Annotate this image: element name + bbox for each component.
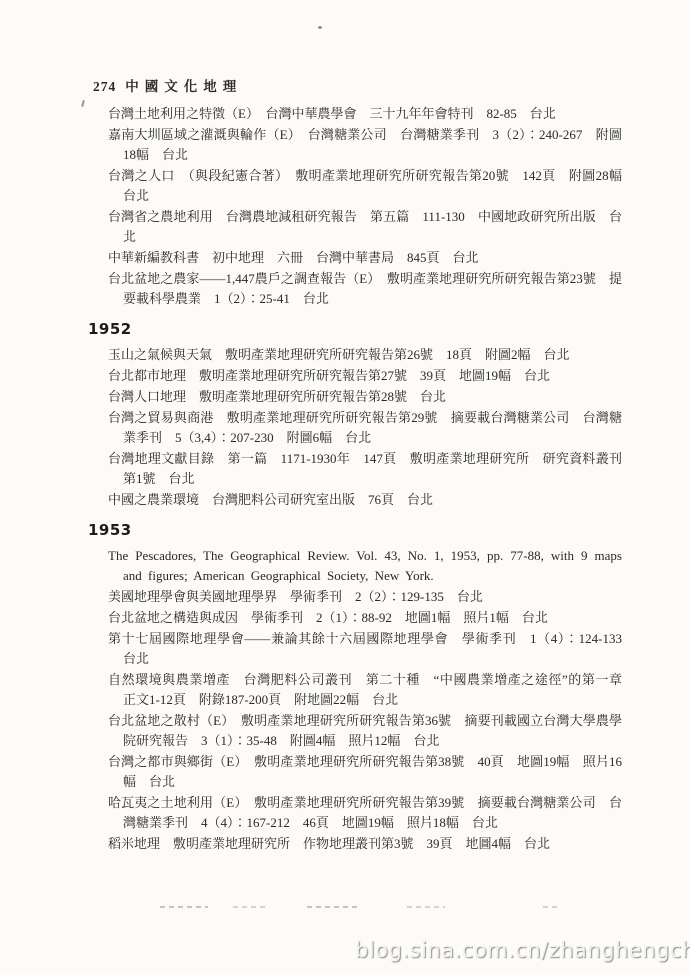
section-entries-continued: 台灣土地利用之特徵（E） 台灣中華農學會 三十九年年會特刊 82-85 台北 嘉…: [108, 104, 622, 309]
bibliography-entry: 台灣人口地理 敷明產業地理研究所研究報告第28號 台北: [108, 387, 622, 407]
scan-artifact: [160, 906, 208, 908]
bibliography-entry: 稻米地理 敷明產業地理研究所 作物地理叢刊第3號 39頁 地圖4幅 台北: [108, 834, 622, 854]
scan-artifact: [233, 906, 267, 908]
bibliography-entry: 台北都市地理 敷明產業地理研究所研究報告第27號 39頁 地圖19幅 台北: [108, 366, 622, 386]
scan-speck: [81, 100, 85, 107]
year-heading-1952: 1952: [88, 321, 622, 337]
scan-artifact: [307, 906, 357, 908]
bibliography-entry: 中華新編教科書 初中地理 六冊 台灣中華書局 845頁 台北: [108, 248, 622, 268]
bibliography-entry: 台北盆地之農家——1,447農戶之調查報告（E） 敷明產業地理研究所研究報告第2…: [108, 269, 622, 309]
scan-speck: [318, 26, 322, 29]
page-number: 274: [93, 79, 116, 94]
bibliography-entry: 嘉南大圳區域之灌溉與輪作（E） 台灣糖業公司 台灣糖業季刊 3（2）：240-2…: [108, 125, 622, 165]
bibliography-entry: 台灣地理文獻目錄 第一篇 1171-1930年 147頁 敷明產業地理研究所 研…: [108, 449, 622, 489]
bibliography-entry: 台北盆地之構造與成因 學術季刊 2（1）：88-92 地圖1幅 照片1幅 台北: [108, 608, 622, 628]
scanned-book-page: 274中國文化地理 台灣土地利用之特徵（E） 台灣中華農學會 三十九年年會特刊 …: [0, 0, 690, 975]
year-heading-1953: 1953: [88, 522, 622, 538]
scan-artifact: [543, 906, 561, 908]
bibliography-entry: 中國之農業環境 台灣肥料公司研究室出版 76頁 台北: [108, 490, 622, 510]
section-1953: 1953 The Pescadores, The Geographical Re…: [108, 522, 622, 854]
bibliography-entry: 美國地理學會與美國地理學界 學術季刊 2（2）：129-135 台北: [108, 587, 622, 607]
bibliography-entry: 玉山之氣候與天氣 敷明產業地理研究所研究報告第26號 18頁 附圖2幅 台北: [108, 345, 622, 365]
bibliography-entry: 第十七屆國際地理學會——兼論其餘十六屆國際地理學會 學術季刊 1（4）：124-…: [108, 629, 622, 669]
bibliography-entry: 台灣之人口 （與段紀憲合著） 敷明產業地理研究所研究報告第20號 142頁 附圖…: [108, 166, 622, 206]
bibliography-entry: 台灣之都市與鄉街（E） 敷明產業地理研究所研究報告第38號 40頁 地圖19幅 …: [108, 752, 622, 792]
watermark-url: blog.sina.com.cn/zhanghengchina: [355, 938, 690, 962]
bibliography-entry: 台灣土地利用之特徵（E） 台灣中華農學會 三十九年年會特刊 82-85 台北: [108, 104, 622, 124]
bibliography-entry: 台灣之貿易與商港 敷明產業地理研究所研究報告第29號 摘要載台灣糖業公司 台灣糖…: [108, 408, 622, 448]
bibliography-content: 台灣土地利用之特徵（E） 台灣中華農學會 三十九年年會特刊 82-85 台北 嘉…: [108, 104, 622, 855]
bibliography-entry: 自然環境與農業增產 台灣肥料公司叢刊 第二十種 “中國農業增產之途徑”的第一章 …: [108, 670, 622, 710]
bibliography-entry: 台北盆地之散村（E） 敷明產業地理研究所研究報告第36號 摘要刊載國立台灣大學農…: [108, 711, 622, 751]
page-header: 274中國文化地理: [93, 75, 242, 95]
section-1952: 1952 玉山之氣候與天氣 敷明產業地理研究所研究報告第26號 18頁 附圖2幅…: [108, 321, 622, 510]
bibliography-entry: 台灣省之農地利用 台灣農地減租研究報告 第五篇 111-130 中國地政研究所出…: [108, 207, 622, 247]
bibliography-entry: The Pescadores, The Geographical Review.…: [108, 546, 622, 586]
scan-artifact: [407, 906, 445, 908]
bibliography-entry: 哈瓦夷之土地利用（E） 敷明產業地理研究所研究報告第39號 摘要載台灣糖業公司 …: [108, 793, 622, 833]
book-title: 中國文化地理: [125, 79, 242, 94]
